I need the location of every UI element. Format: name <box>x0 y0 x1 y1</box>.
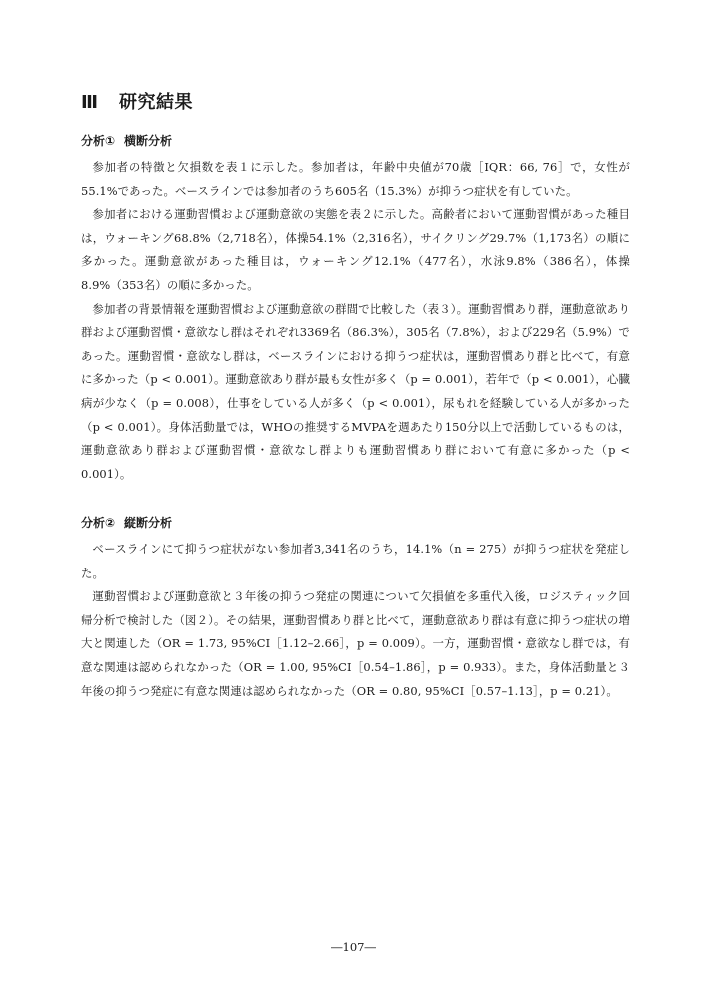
chapter-title: Ⅲ研究結果 <box>81 88 193 114</box>
page-number: ―107― <box>0 940 707 954</box>
section-number: 分析① <box>81 132 124 150</box>
chapter-title-text: 研究結果 <box>119 92 193 113</box>
section-longitudinal-analysis: 分析②縦断分析 ベースラインにて抑うつ症状がない参加者3,341名のうち，14.… <box>81 514 630 703</box>
paragraph: 参加者の背景情報を運動習慣および運動意欲の群間で比較した（表３）。運動習慣あり群… <box>81 298 630 487</box>
paragraph: ベースラインにて抑うつ症状がない参加者3,341名のうち，14.1%（n = 2… <box>81 538 630 585</box>
section-title: 縦断分析 <box>124 516 172 530</box>
paragraph: 参加者の特徴と欠損数を表１に示した。参加者は，年齢中央値が70歳［IQR：66,… <box>81 156 630 203</box>
paragraph: 運動習慣および運動意欲と３年後の抑うつ発症の関連について欠損値を多重代入後，ロジ… <box>81 585 630 703</box>
document-page: Ⅲ研究結果 分析①横断分析 参加者の特徴と欠損数を表１に示した。参加者は，年齢中… <box>0 0 707 1000</box>
section-heading: 分析①横断分析 <box>81 132 630 150</box>
section-number: 分析② <box>81 514 124 532</box>
chapter-number: Ⅲ <box>81 92 119 113</box>
section-cross-sectional-analysis: 分析①横断分析 参加者の特徴と欠損数を表１に示した。参加者は，年齢中央値が70歳… <box>81 132 630 486</box>
section-heading: 分析②縦断分析 <box>81 514 630 532</box>
section-title: 横断分析 <box>124 134 172 148</box>
paragraph: 参加者における運動習慣および運動意欲の実態を表２に示した。高齢者において運動習慣… <box>81 203 630 297</box>
